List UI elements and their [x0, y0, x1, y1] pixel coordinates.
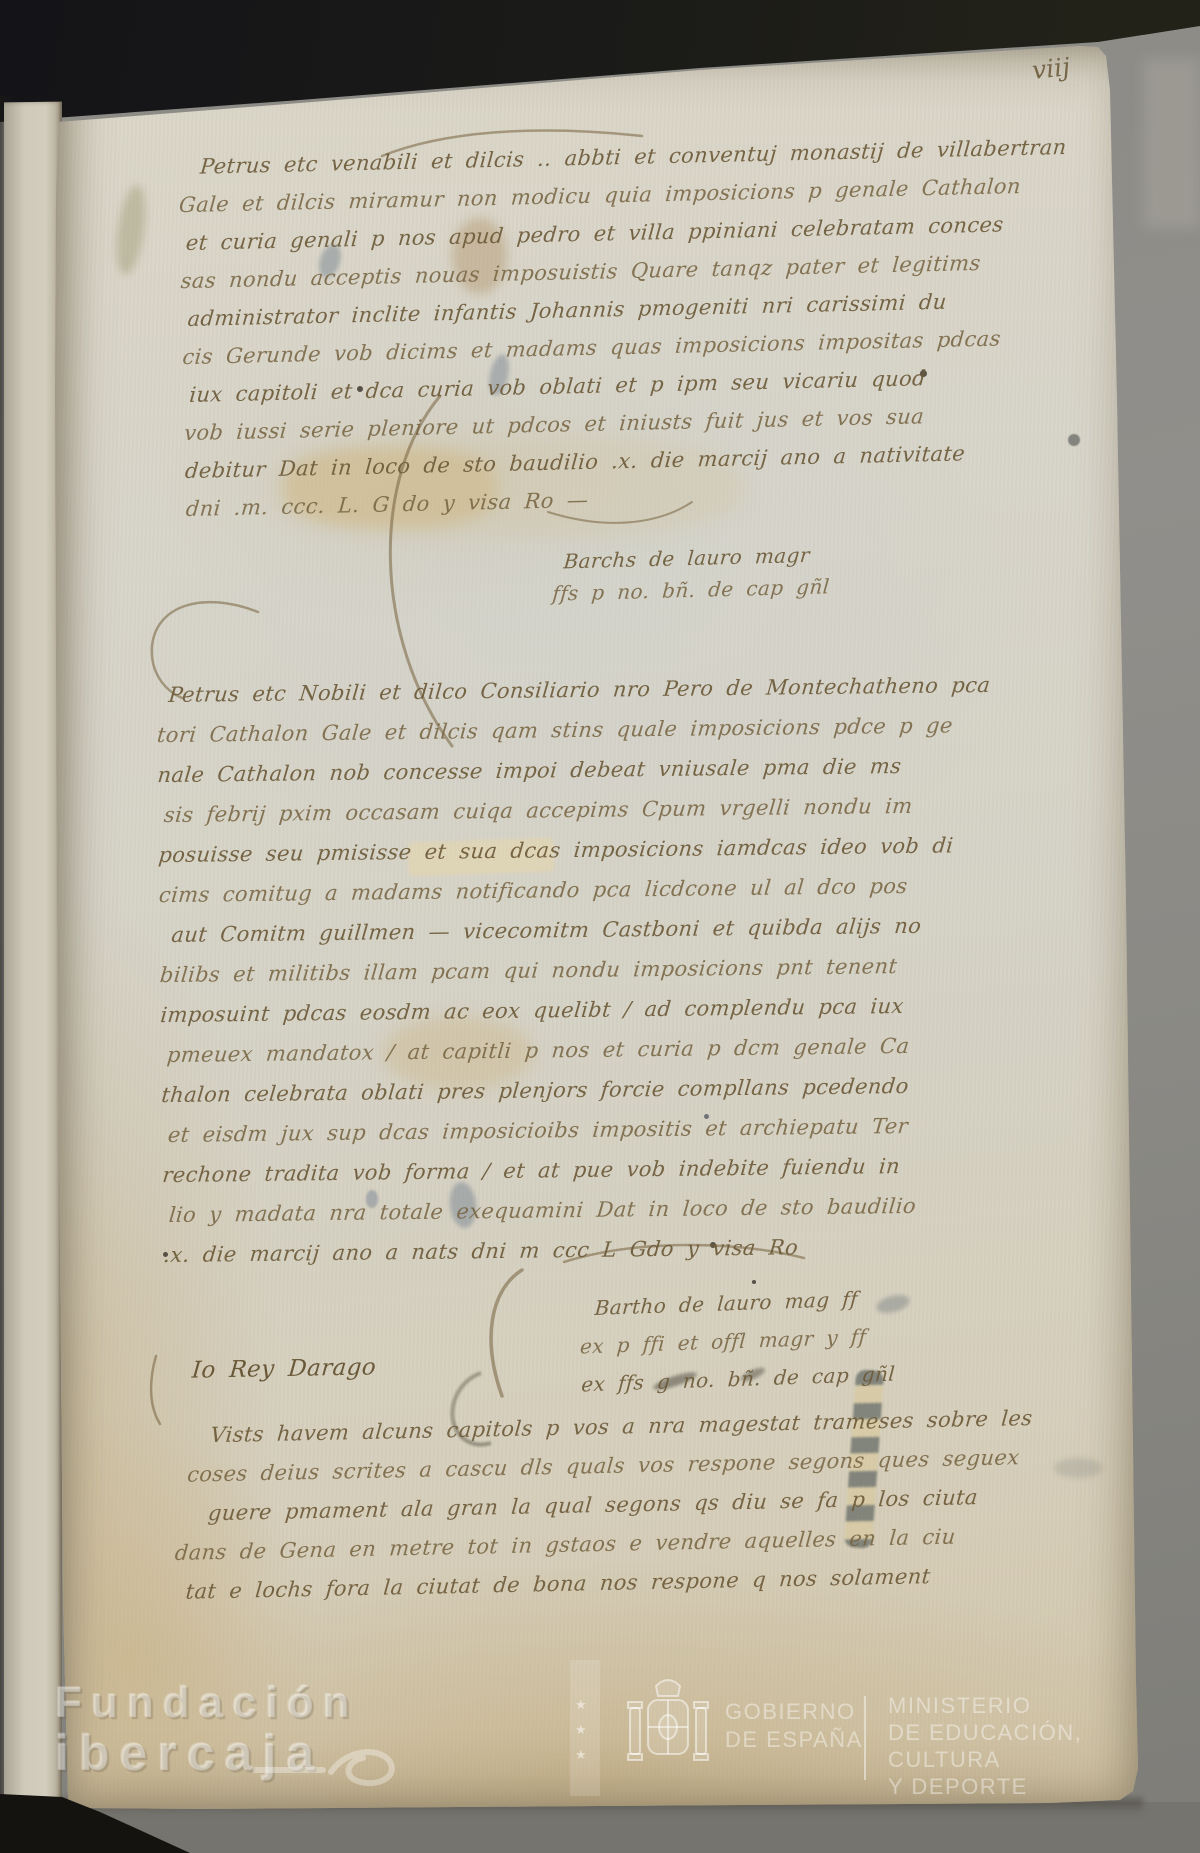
royal-subscription: Io Rey Darago — [192, 1354, 377, 1383]
manuscript-photo-scene: viij Petrus etc venabili et dilcis .. ab… — [0, 0, 1200, 1853]
signature-block-2: Bartho de lauro mag ff ex p ffi et offl … — [578, 1279, 896, 1404]
ministerio-watermark-text: MINISTERIO DE EDUCACIÓN, CULTURA Y DEPOR… — [888, 1692, 1185, 1800]
paragraph-3: Vists havem alcuns capitols p vos a nra … — [166, 1399, 1036, 1612]
gobierno-line2: DE ESPAÑA — [725, 1726, 863, 1754]
signature-line: ffs p no. bñ. de cap gñl — [551, 570, 831, 609]
folio-number: viij — [1031, 52, 1072, 85]
eu-stars-icon: ★★★ — [575, 1692, 587, 1767]
gobierno-watermark-text: GOBIERNO DE ESPAÑA — [725, 1698, 863, 1754]
spain-coat-of-arms-icon — [618, 1674, 718, 1778]
ibercaja-swirl-icon — [253, 1740, 403, 1790]
underlying-leaves-edge — [4, 102, 62, 1815]
handwriting-layer: viij Petrus etc venabili et dilcis .. ab… — [52, 40, 1142, 1812]
parchment-page: viij Petrus etc venabili et dilcis .. ab… — [52, 40, 1142, 1812]
ministerio-line3: Y DEPORTE — [888, 1773, 1185, 1800]
paragraph-2: Petrus etc Nobili et dilco Consiliario n… — [156, 665, 997, 1275]
ibercaja-watermark: Fundación ibercaja — [55, 1678, 358, 1782]
signature-block-1: Barchs de lauro magr ffs p no. bñ. de ca… — [551, 538, 830, 609]
government-watermark: ★★★ GOBIERNO DE ESPAÑA MINISTERIO — [565, 1658, 1185, 1798]
royal-signature-line: Io Rey Darago — [191, 1354, 377, 1383]
ministerio-line2: DE EDUCACIÓN, CULTURA — [888, 1719, 1185, 1773]
watermark-divider — [864, 1696, 866, 1780]
gobierno-line1: GOBIERNO — [725, 1698, 863, 1726]
ministerio-line1: MINISTERIO — [888, 1692, 1185, 1719]
ibercaja-watermark-line1: Fundación — [55, 1678, 358, 1728]
background-light-patch — [1143, 58, 1200, 228]
paragraph-1: Petrus etc venabili et dilcis .. abbti e… — [178, 128, 1075, 528]
